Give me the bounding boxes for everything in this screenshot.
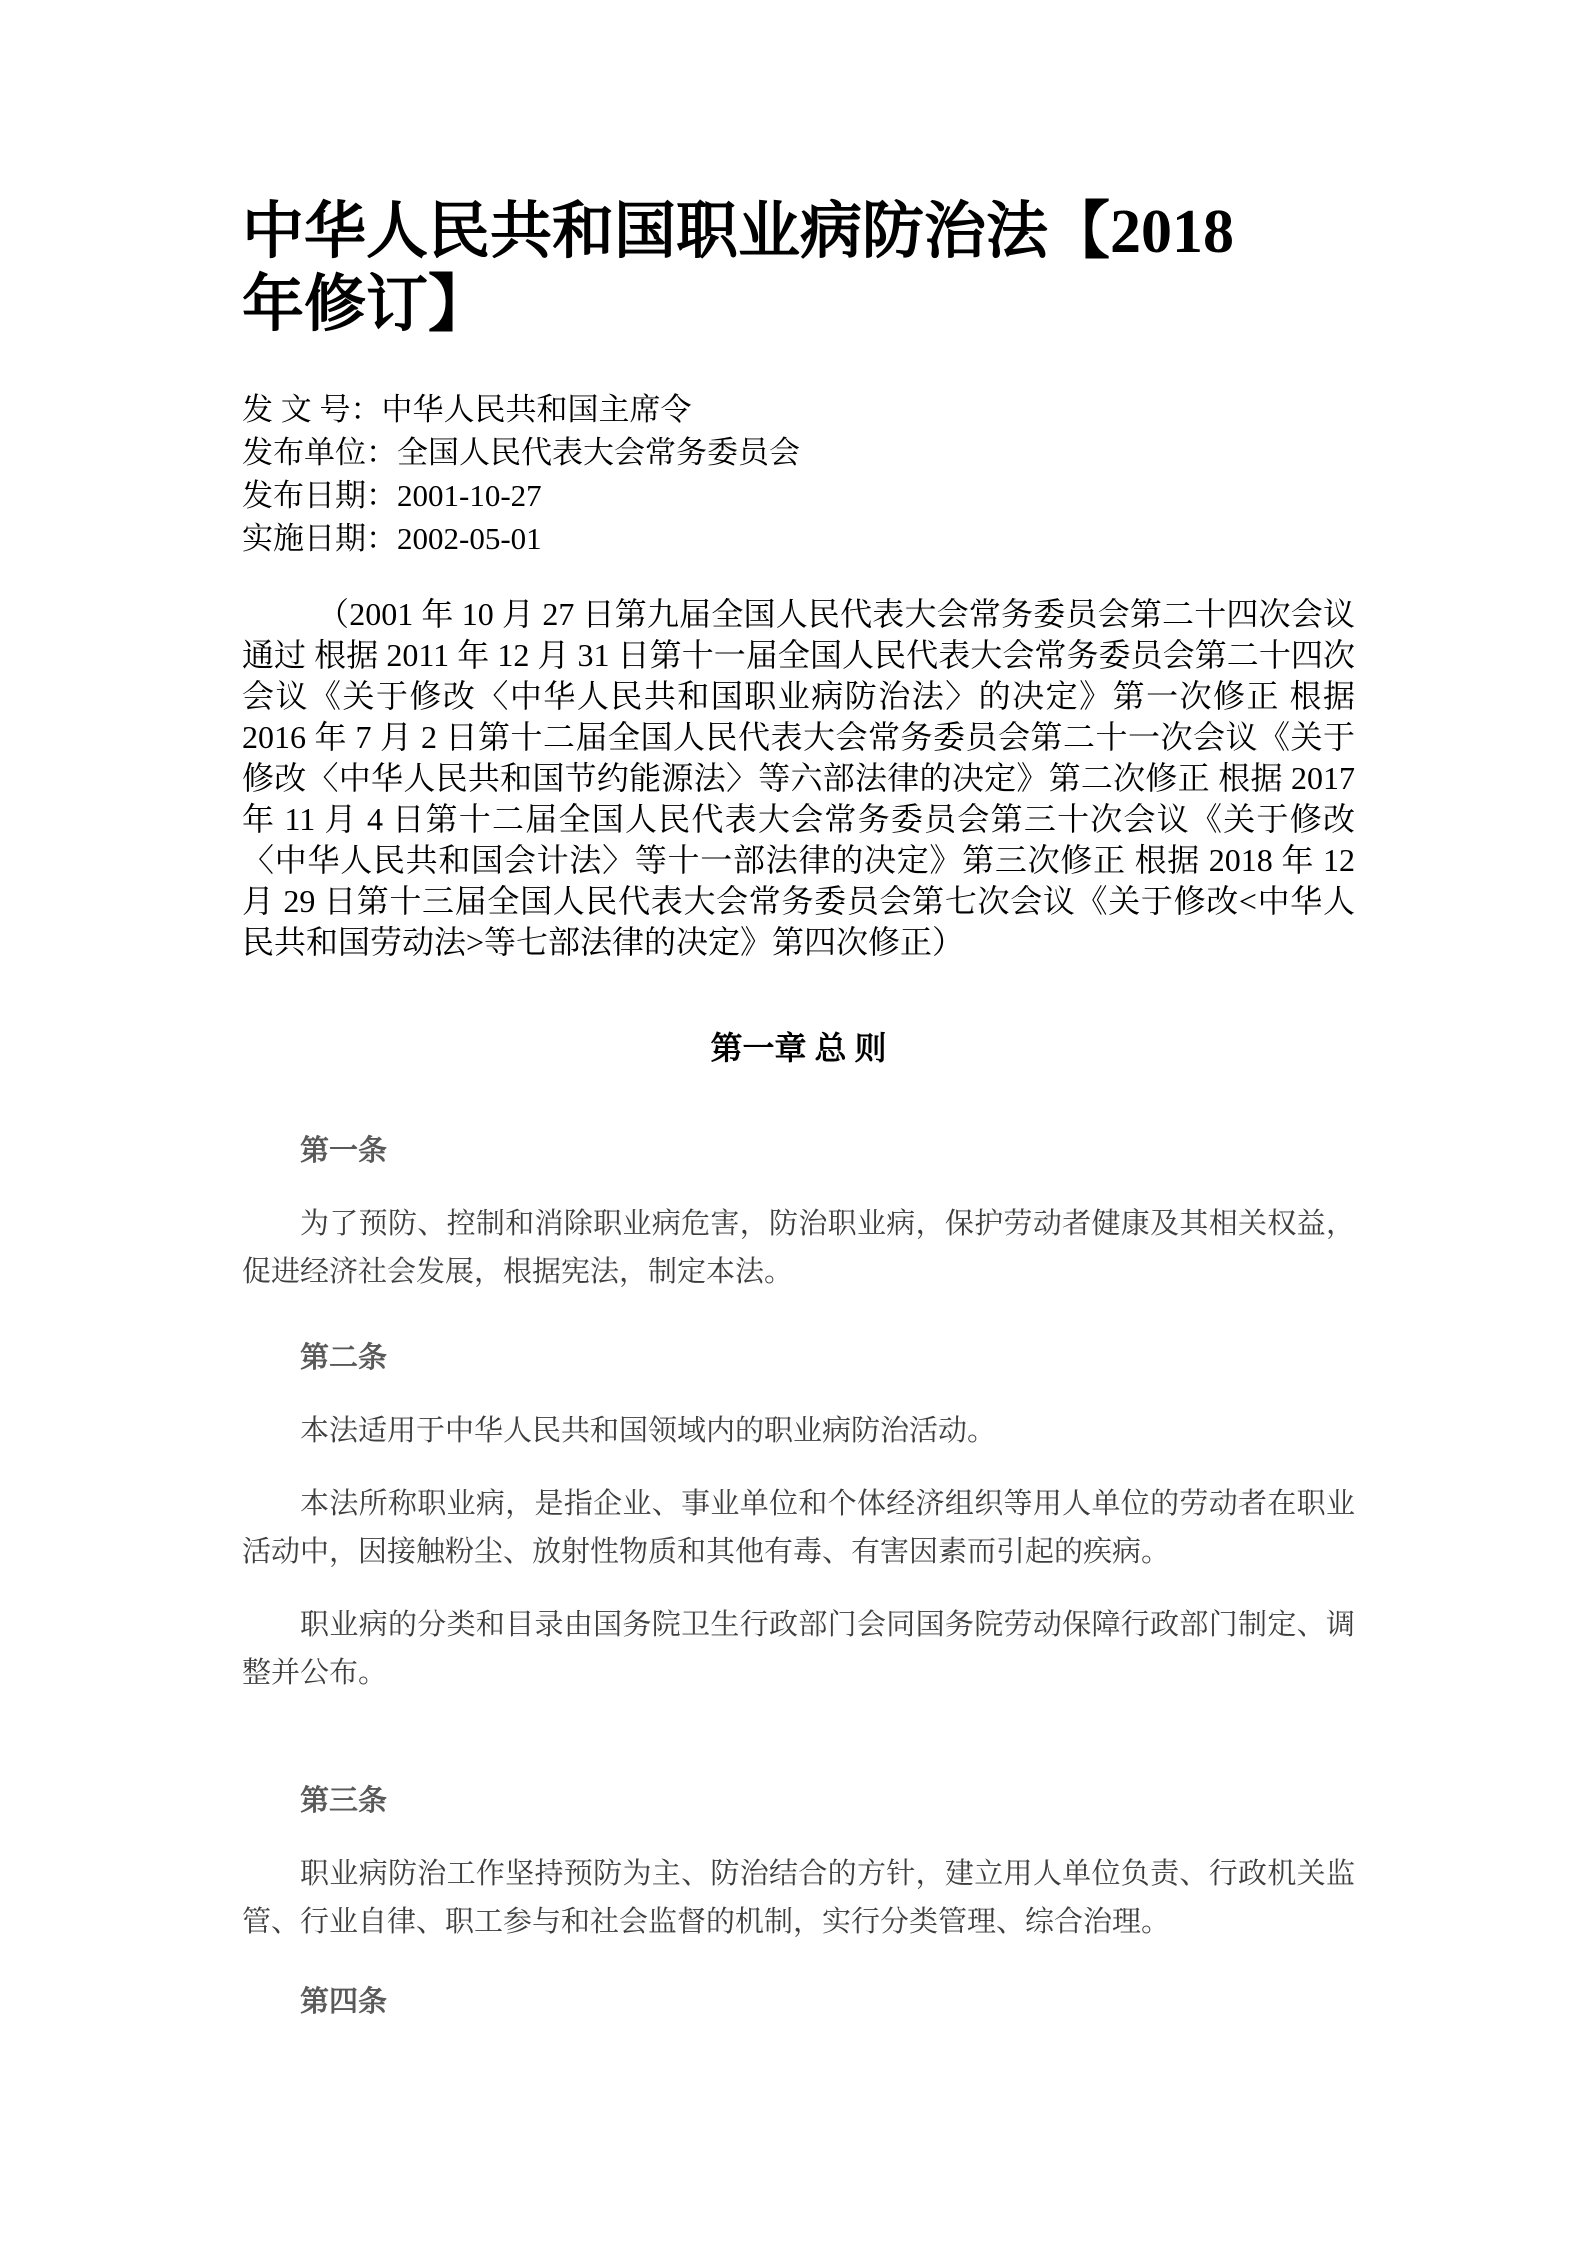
article-2: 第二条 本法适用于中华人民共和国领域内的职业病防治活动。 本法所称职业病，是指企… [242,1334,1355,1697]
meta-line-issuing-body: 发布单位：全国人民代表大会常务委员会 [242,431,1355,474]
article-1: 第一条 为了预防、控制和消除职业病危害，防治职业病，保护劳动者健康及其相关权益，… [242,1127,1355,1296]
meta-line-effective-date: 实施日期：2002-05-01 [242,517,1355,560]
meta-block: 发 文 号：中华人民共和国主席令 发布单位：全国人民代表大会常务委员会 发布日期… [242,388,1355,560]
article-3: 第三条 职业病防治工作坚持预防为主、防治结合的方针，建立用人单位负责、行政机关监… [242,1777,1355,1946]
meta-line-issue-date: 发布日期：2001-10-27 [242,474,1355,517]
article-2-paragraph-1: 本法适用于中华人民共和国领域内的职业病防治活动。 [242,1407,1355,1455]
article-3-paragraph-1: 职业病防治工作坚持预防为主、防治结合的方针，建立用人单位负责、行政机关监管、行业… [242,1850,1355,1946]
article-2-heading: 第二条 [242,1334,1355,1382]
article-4: 第四条 [242,1978,1355,2026]
document-title: 中华人民共和国职业病防治法【2018 年修订】 [242,196,1297,342]
article-1-heading: 第一条 [242,1127,1355,1175]
meta-line-document-number: 发 文 号：中华人民共和国主席令 [242,388,1355,431]
chapter-heading: 第一章 总 则 [242,1023,1355,1069]
article-2-paragraph-3: 职业病的分类和目录由国务院卫生行政部门会同国务院劳动保障行政部门制定、调整并公布… [242,1601,1355,1697]
article-2-paragraph-2: 本法所称职业病，是指企业、事业单位和个体经济组织等用人单位的劳动者在职业活动中，… [242,1480,1355,1576]
article-1-paragraph-1: 为了预防、控制和消除职业病危害，防治职业病，保护劳动者健康及其相关权益，促进经济… [242,1200,1355,1296]
article-4-heading: 第四条 [242,1978,1355,2026]
revision-history-paragraph: （2001 年 10 月 27 日第九届全国人民代表大会常务委员会第二十四次会议… [242,594,1355,963]
document-page: 中华人民共和国职业病防治法【2018 年修订】 发 文 号：中华人民共和国主席令… [0,0,1587,2026]
article-3-heading: 第三条 [242,1777,1355,1825]
